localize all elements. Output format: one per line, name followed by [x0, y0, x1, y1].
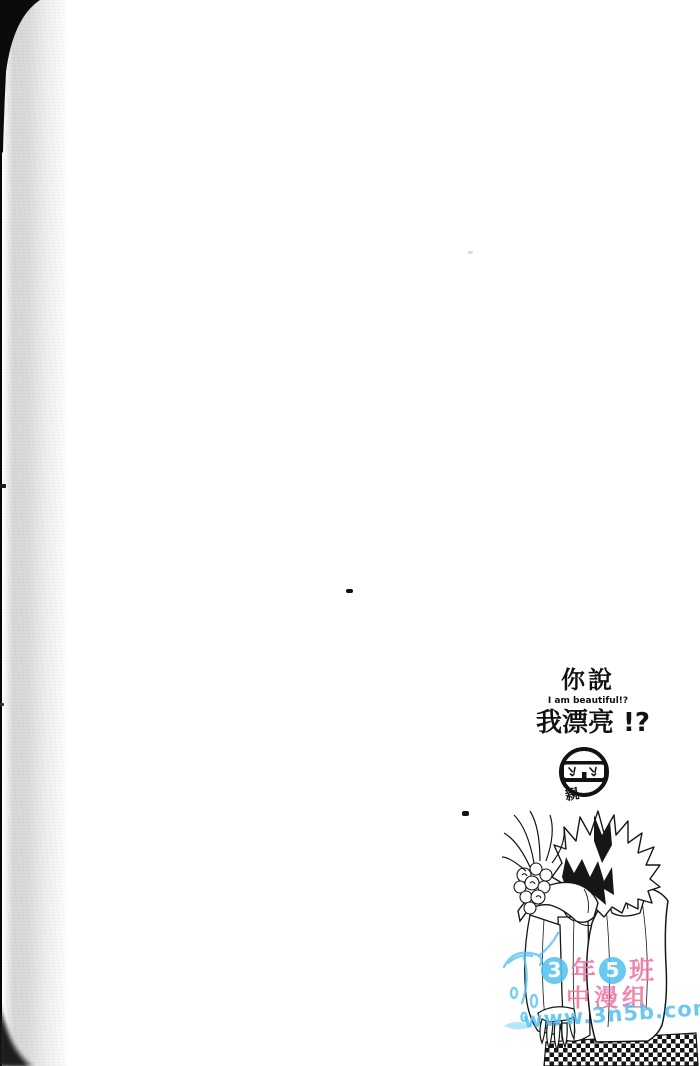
- scanned-manga-page: 你說 I am beautiful!? 我漂亮 !? 親: [0, 0, 700, 1066]
- scan-mark: [0, 703, 4, 706]
- watermark-badge-3: 3: [541, 957, 568, 984]
- caption-chinese-line2: 我漂亮 !?: [536, 710, 640, 736]
- page-edge-line: [0, 0, 2, 1066]
- book-gutter-shadow: [3, 0, 67, 1066]
- caption-english-line: I am beautiful!?: [536, 697, 640, 706]
- scan-mark: [0, 484, 6, 488]
- caption-block: 你說 I am beautiful!? 我漂亮 !?: [536, 668, 640, 736]
- scan-speck: [346, 589, 353, 593]
- left-character-hair: [502, 811, 564, 871]
- scan-speck: [468, 251, 473, 254]
- watermark-group-line: 3 年 5 班: [541, 957, 654, 984]
- watermark-word-year: 年: [571, 958, 596, 983]
- watermark-badge-5: 5: [599, 957, 626, 984]
- watermark-word-class: 班: [629, 958, 654, 983]
- goggle-face-doodle-icon: [555, 744, 613, 802]
- scan-speck: [462, 811, 469, 816]
- caption-chinese-line1: 你說: [536, 668, 640, 692]
- flower-scrunchie: [514, 863, 552, 914]
